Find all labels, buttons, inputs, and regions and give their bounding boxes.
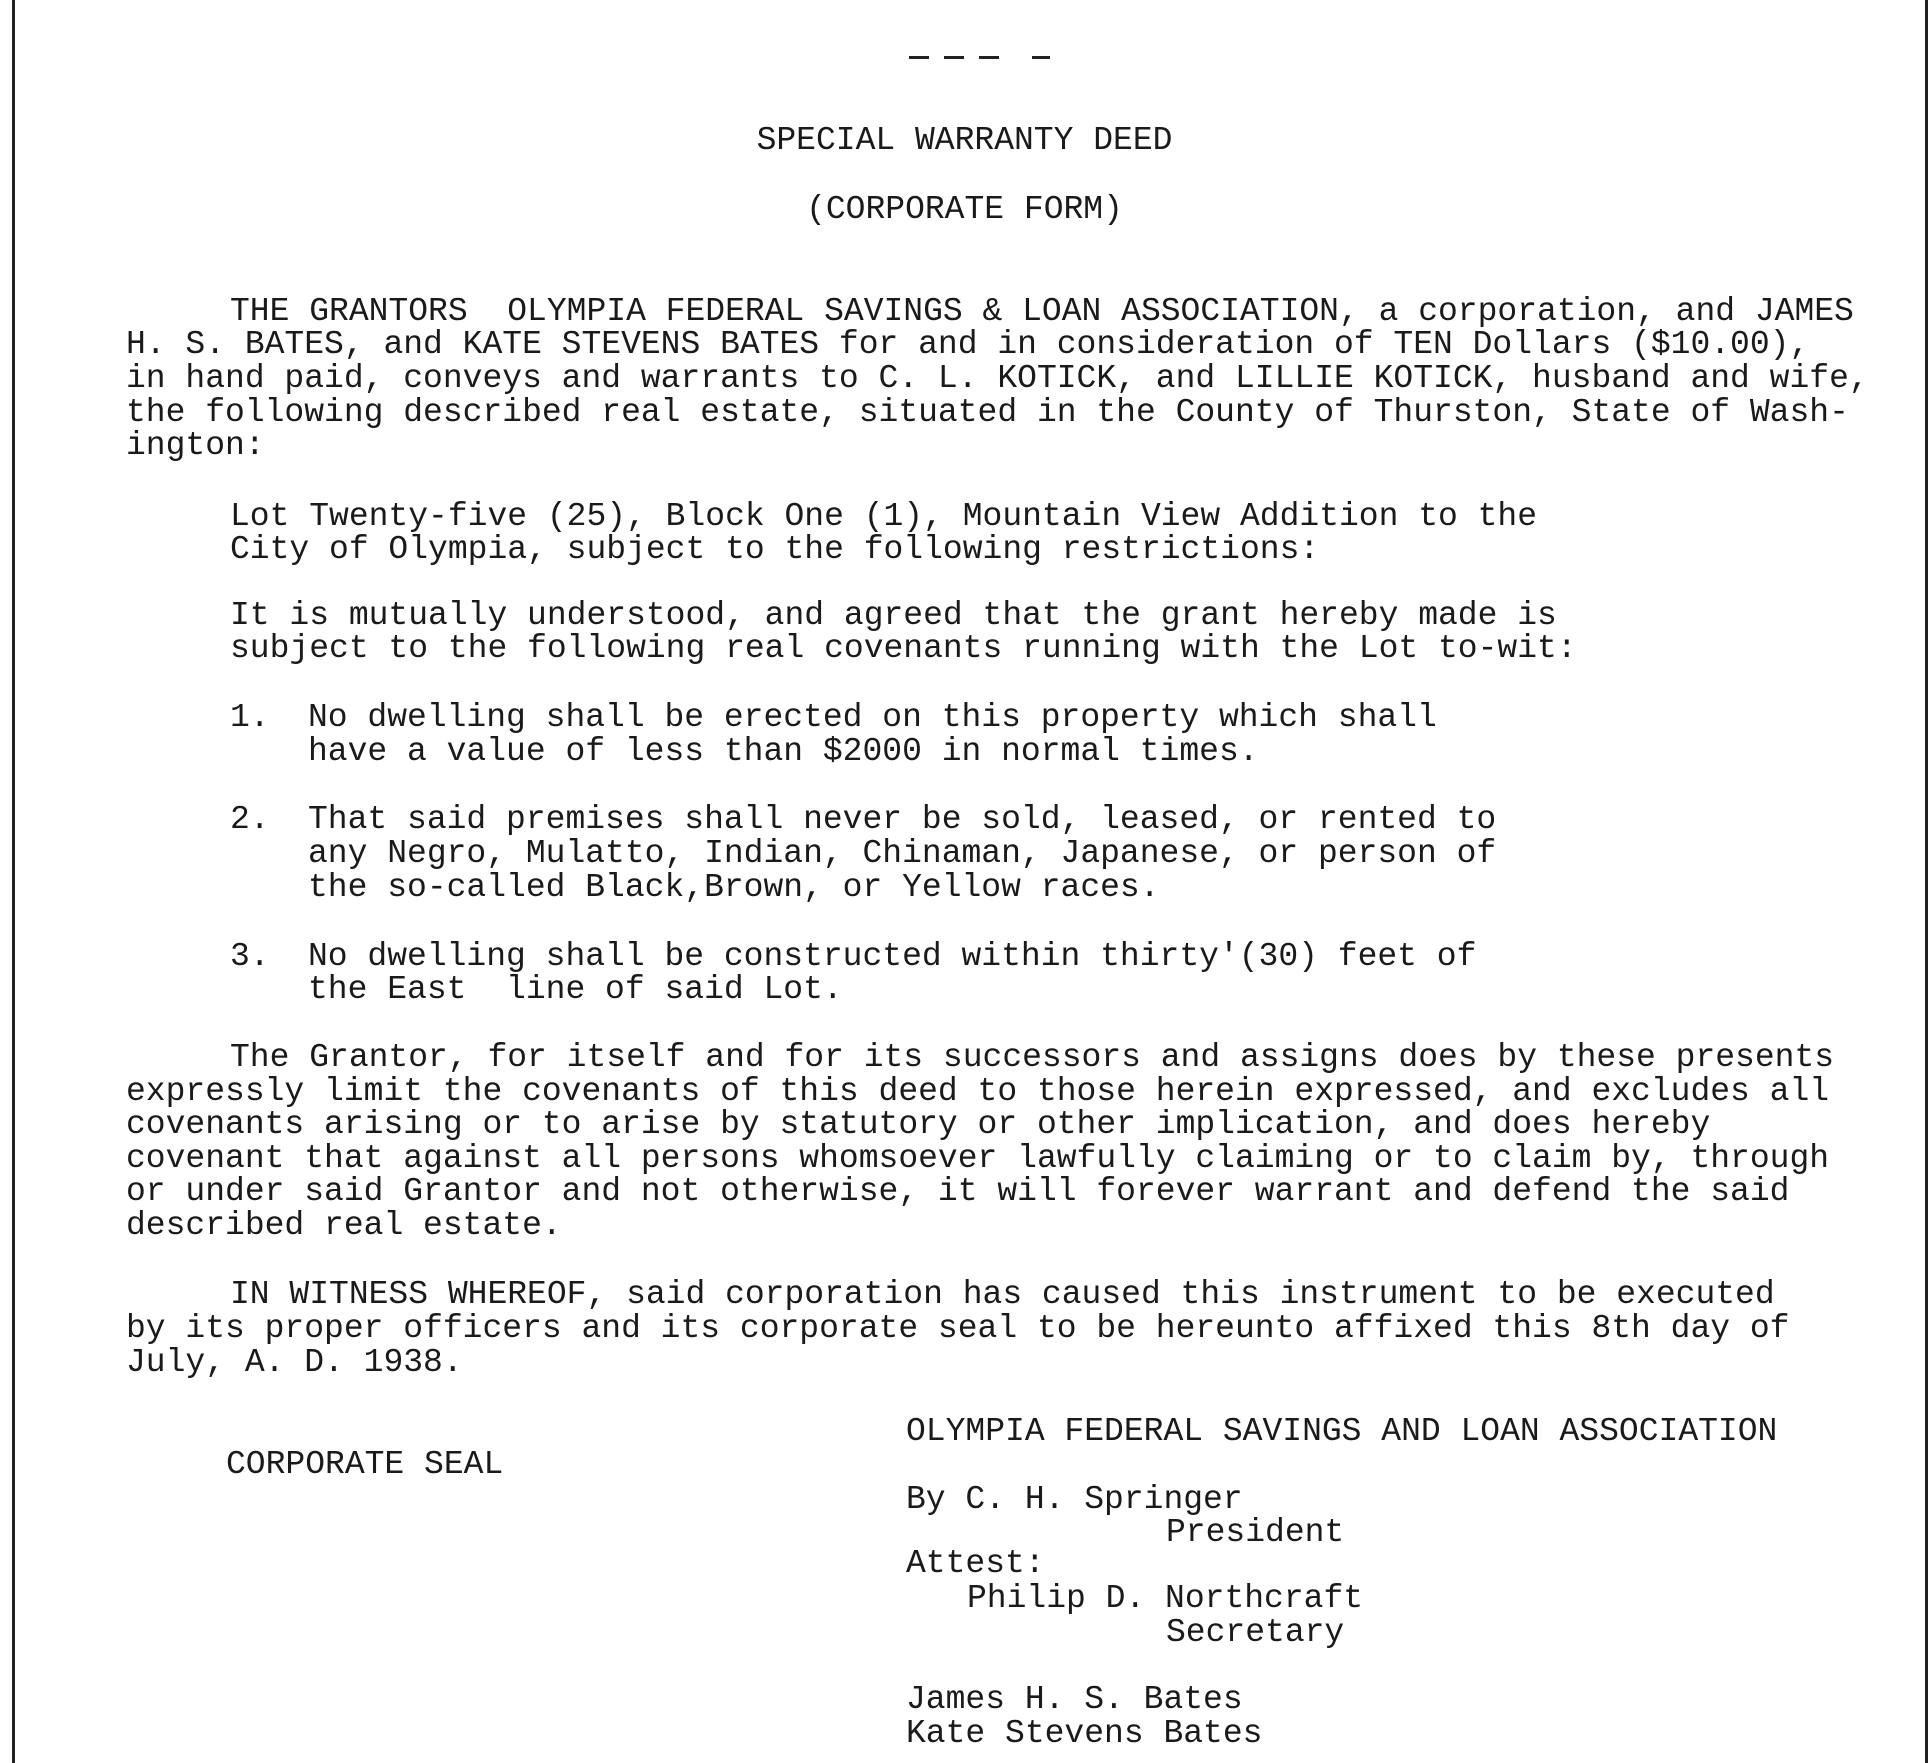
paragraph-line: or under said Grantor and not otherwise,… xyxy=(126,1175,1789,1209)
paragraph-line: The Grantor, for itself and for its succ… xyxy=(230,1041,1834,1075)
paragraph-line: July, A. D. 1938. xyxy=(126,1346,463,1380)
secretary-title: Secretary xyxy=(1166,1616,1344,1650)
attest-label: Attest: xyxy=(906,1547,1045,1581)
paragraph-line: covenant that against all persons whomso… xyxy=(126,1142,1829,1176)
restriction-line: the so-called Black,Brown, or Yellow rac… xyxy=(308,871,1160,905)
organization-name: OLYMPIA FEDERAL SAVINGS AND LOAN ASSOCIA… xyxy=(906,1415,1777,1449)
restriction-line: No dwelling shall be erected on this pro… xyxy=(308,701,1437,735)
page-edge-right xyxy=(1925,0,1928,1763)
paragraph-line: H. S. BATES, and KATE STEVENS BATES for … xyxy=(126,328,1809,362)
president-title: President xyxy=(1166,1516,1344,1550)
restriction-line: No dwelling shall be constructed within … xyxy=(308,940,1476,974)
restriction-number: 1. xyxy=(230,701,270,735)
paragraph-line: It is mutually understood, and agreed th… xyxy=(230,599,1557,633)
corporate-seal-label: CORPORATE SEAL xyxy=(226,1448,503,1482)
president-signature: By C. H. Springer xyxy=(906,1483,1243,1517)
restriction-line: have a value of less than $2000 in norma… xyxy=(308,735,1259,769)
dash-mark xyxy=(909,56,929,59)
individual-signer: Kate Stevens Bates xyxy=(906,1717,1262,1751)
paragraph-line: expressly limit the covenants of this de… xyxy=(126,1075,1829,1109)
paragraph-line: by its proper officers and its corporate… xyxy=(126,1312,1789,1346)
paragraph-line: IN WITNESS WHEREOF, said corporation has… xyxy=(230,1278,1775,1312)
paragraph-line: THE GRANTORS OLYMPIA FEDERAL SAVINGS & L… xyxy=(230,295,1854,329)
individual-signer: James H. S. Bates xyxy=(906,1683,1243,1717)
restriction-number: 2. xyxy=(230,803,270,837)
secretary-signature: Philip D. Northcraft xyxy=(967,1582,1363,1616)
paragraph-line: City of Olympia, subject to the followin… xyxy=(230,533,1319,567)
dash-mark xyxy=(979,56,999,59)
document-title: SPECIAL WARRANTY DEED xyxy=(0,124,1929,158)
restriction-line: That said premises shall never be sold, … xyxy=(308,803,1496,837)
dash-mark xyxy=(944,56,964,59)
paragraph-line: subject to the following real covenants … xyxy=(230,632,1577,666)
paragraph-line: the following described real estate, sit… xyxy=(126,396,1849,430)
restriction-line: the East line of said Lot. xyxy=(308,973,843,1007)
dash-mark xyxy=(1032,56,1050,59)
paragraph-line: covenants arising or to arise by statuto… xyxy=(126,1108,1710,1142)
page-edge-left xyxy=(12,0,15,1763)
document-subtitle: (CORPORATE FORM) xyxy=(0,193,1929,227)
paragraph-line: in hand paid, conveys and warrants to C.… xyxy=(126,362,1869,396)
paragraph-line: described real estate. xyxy=(126,1209,562,1243)
restriction-line: any Negro, Mulatto, Indian, Chinaman, Ja… xyxy=(308,837,1496,871)
paragraph-line: ington: xyxy=(126,429,265,463)
paragraph-line: Lot Twenty-five (25), Block One (1), Mou… xyxy=(230,500,1537,534)
restriction-number: 3. xyxy=(230,940,270,974)
